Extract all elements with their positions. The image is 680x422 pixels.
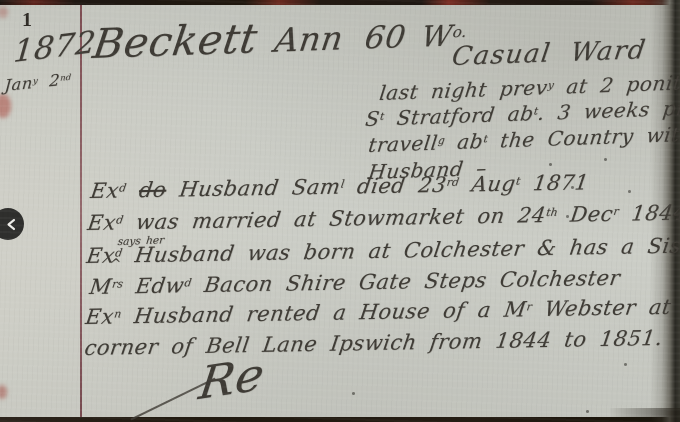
chevron-left-icon <box>5 218 18 231</box>
given-name: Ann <box>272 18 346 59</box>
ink-speckle <box>604 158 607 161</box>
page-top-edge <box>0 0 680 5</box>
margin-rule-line <box>80 5 82 417</box>
page-number: 1 <box>22 9 32 32</box>
ink-speckle <box>352 392 355 395</box>
ink-speckle <box>549 163 552 166</box>
exam-line: Exd do Husband Saml died 23rd Augt 1871 <box>89 170 590 203</box>
exam-line: Mrs Edwd Bacon Shire Gate Steps Colchest… <box>88 266 622 299</box>
ink-speckle <box>628 190 631 193</box>
ward-heading: Casual Ward <box>450 35 648 72</box>
bottom-right-corner-shadow <box>610 408 680 422</box>
exam-line: Exn Husband rented a House of a Mr Webst… <box>84 294 680 329</box>
exam-line: Exd was married at Stowmarket on 24th De… <box>86 201 680 235</box>
surname: Beckett <box>90 14 261 68</box>
page-bottom-edge <box>0 417 680 422</box>
red-stain <box>0 94 11 118</box>
clerk-initials: Re <box>196 347 268 410</box>
red-stain <box>0 385 7 399</box>
previous-page-button[interactable] <box>0 208 24 240</box>
interline-insertion: says her <box>117 234 165 248</box>
ink-speckle <box>586 410 589 413</box>
ink-speckle <box>624 363 627 366</box>
age: 60 <box>363 19 409 56</box>
exam-line: Exd Husband was born at Colchester & has… <box>85 233 680 268</box>
red-stain <box>0 6 8 18</box>
document-scan-page: 1 1872 Jany 2nd BeckettAnn60Wo. Casual W… <box>0 0 680 422</box>
entry-heading: BeckettAnn60Wo. <box>90 7 470 68</box>
insertion-caret: ^ <box>109 257 122 272</box>
margin-date: Jany 2nd <box>4 69 72 95</box>
exam-line: corner of Bell Lane Ipswich from 1844 to… <box>83 326 664 360</box>
